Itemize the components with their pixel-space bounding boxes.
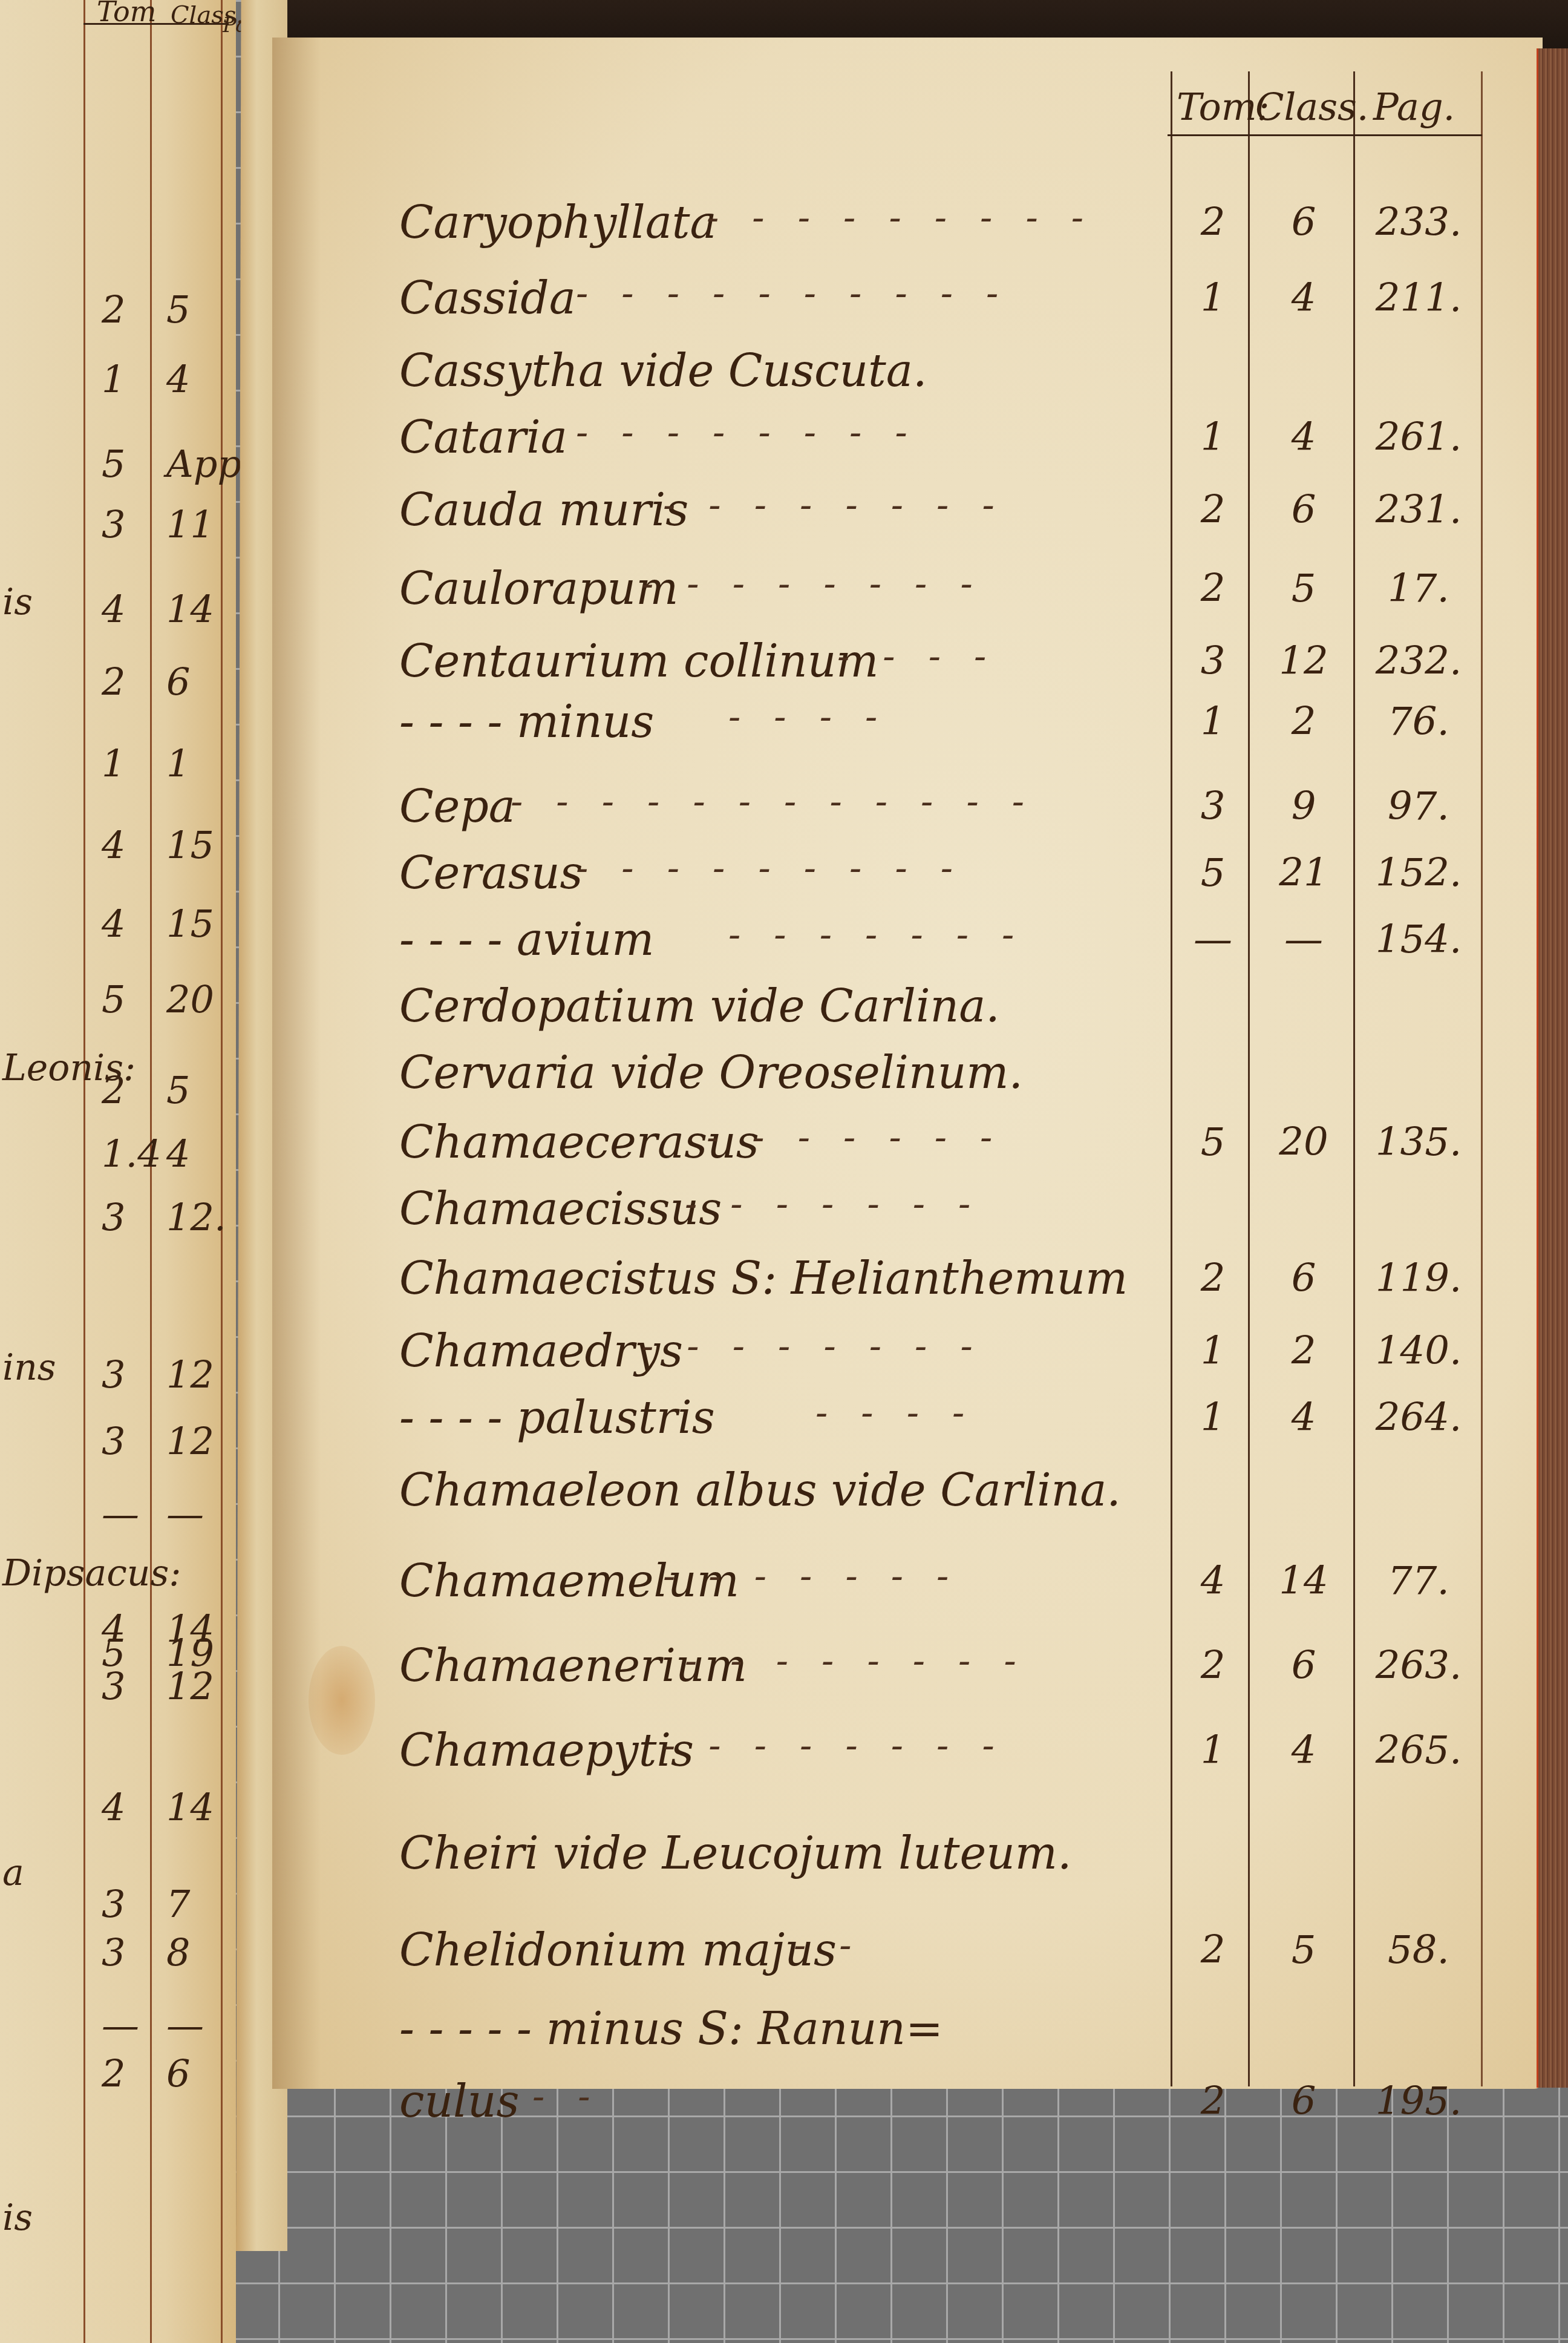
entry-name: Cassida bbox=[399, 272, 576, 324]
left-entry-fragment: is bbox=[2, 2197, 33, 2239]
entry-pag: 17. bbox=[1361, 566, 1476, 611]
leader-dashes: - - - - bbox=[837, 635, 997, 678]
left-entry-tom: 1 bbox=[102, 741, 125, 785]
entry-tom: — bbox=[1186, 917, 1240, 962]
left-entry-class: 15 bbox=[166, 823, 214, 867]
entry-name: Centaurium collinum bbox=[399, 635, 878, 687]
left-entry-tom: 2 bbox=[102, 287, 125, 332]
left-entry-class: 6 bbox=[166, 2051, 190, 2096]
foxing-stain bbox=[309, 1646, 375, 1755]
entry-pag: 76. bbox=[1361, 700, 1476, 744]
left-entry-tom: 3 bbox=[102, 1882, 125, 1926]
entry-tom: 3 bbox=[1186, 784, 1240, 829]
entry-class: 4 bbox=[1264, 1728, 1343, 1773]
left-entry-tom: 2 bbox=[102, 2051, 125, 2096]
left-entry-tom: 4 bbox=[102, 1785, 125, 1829]
entry-pag: 232. bbox=[1361, 639, 1476, 684]
leader-dashes: - - - - - - - bbox=[728, 914, 1025, 956]
entry-name: Chamaecissus bbox=[399, 1183, 722, 1235]
leader-dashes: - - - - - - - - - - - - bbox=[511, 781, 1035, 823]
leader-dashes: - - - - - - - - bbox=[641, 563, 984, 605]
entry-name: - - - - minus bbox=[399, 696, 654, 748]
left-column-rule-pag bbox=[221, 0, 223, 2343]
entry-pag: 233. bbox=[1361, 200, 1476, 245]
entry-name: Cervaria vide Oreoselinum. bbox=[399, 1047, 1023, 1099]
leader-dashes: - - - - - - - - - - bbox=[576, 272, 1009, 315]
entry-tom: 2 bbox=[1186, 1643, 1240, 1688]
entry-name: - - - - avium bbox=[399, 914, 655, 966]
entry-pag: 140. bbox=[1361, 1329, 1476, 1374]
left-entry-tom: — bbox=[102, 2003, 139, 2047]
entry-name: Chamaeleon albus vide Carlina. bbox=[399, 1464, 1121, 1516]
entry-class: 20 bbox=[1264, 1120, 1343, 1165]
entry-name: Cepa bbox=[399, 781, 515, 833]
left-entry-tom: 3 bbox=[102, 1352, 125, 1397]
left-entry-class: 8 bbox=[166, 1930, 190, 1974]
leader-dashes: - - - - - - - - bbox=[641, 1325, 984, 1368]
entry-class: 6 bbox=[1264, 1256, 1343, 1301]
entry-name: - - - - palustris bbox=[399, 1392, 715, 1444]
left-entry-tom: 1 bbox=[102, 357, 125, 401]
left-entry-fragment: Dipsacus: bbox=[2, 1552, 181, 1594]
entry-pag: 195. bbox=[1361, 2079, 1476, 2124]
entry-class: — bbox=[1264, 917, 1343, 962]
entry-pag: 265. bbox=[1361, 1728, 1476, 1773]
entry-pag: 231. bbox=[1361, 488, 1476, 532]
left-entry-class: 12 bbox=[166, 1352, 214, 1397]
left-entry-class: 5 bbox=[166, 1068, 190, 1112]
entry-tom: 2 bbox=[1186, 200, 1240, 245]
entry-name: Caryophyllata bbox=[399, 197, 717, 249]
entry-tom: 2 bbox=[1186, 566, 1240, 611]
gutter-shadow bbox=[272, 38, 321, 2089]
leader-dashes: - - - - - - - bbox=[685, 1183, 981, 1225]
entry-name: Chamaecistus S: Helianthemum bbox=[399, 1253, 1128, 1305]
entry-tom: 2 bbox=[1186, 2079, 1240, 2124]
left-entry-class: 4 bbox=[166, 1132, 190, 1176]
header-rule bbox=[1168, 134, 1482, 136]
left-entry-class: 4 bbox=[166, 357, 190, 401]
entry-name: Caulorapum bbox=[399, 563, 678, 615]
entry-tom: 5 bbox=[1186, 851, 1240, 896]
entry-pag: 152. bbox=[1361, 851, 1476, 896]
left-entry-class: 12 bbox=[166, 1664, 214, 1708]
entry-class: 4 bbox=[1264, 1395, 1343, 1440]
entry-tom: 1 bbox=[1186, 1395, 1240, 1440]
leader-dashes: - - - - - - - - bbox=[685, 1640, 1027, 1682]
entry-name: Cassytha vide Cuscuta. bbox=[399, 345, 927, 397]
entry-pag: 154. bbox=[1361, 917, 1476, 962]
entry-pag: 211. bbox=[1361, 276, 1476, 321]
column-rule-pag bbox=[1353, 71, 1355, 2086]
leader-dashes: - - bbox=[532, 2076, 601, 2118]
left-entry-tom: 5 bbox=[102, 442, 125, 486]
left-entry-class: — bbox=[166, 2003, 204, 2047]
entry-name: Cauda muris bbox=[399, 484, 688, 536]
left-entry-tom: — bbox=[102, 1492, 139, 1536]
entry-name: Cheiri vide Leucojum luteum. bbox=[399, 1827, 1072, 1879]
entry-class: 6 bbox=[1264, 2079, 1343, 2124]
leader-dashes: - - - - - - - bbox=[663, 1555, 959, 1597]
book-fore-edge bbox=[1537, 48, 1568, 2088]
column-rule-outer bbox=[1481, 71, 1483, 2086]
entry-tom: 2 bbox=[1186, 1928, 1240, 1973]
entry-pag: 77. bbox=[1361, 1559, 1476, 1604]
entry-class: 21 bbox=[1264, 851, 1343, 896]
entry-tom: 2 bbox=[1186, 488, 1240, 532]
entry-tom: 1 bbox=[1186, 1329, 1240, 1374]
header-class: Class. bbox=[1255, 85, 1369, 129]
left-entry-class: 15 bbox=[166, 902, 214, 946]
leader-dashes: - - bbox=[794, 1924, 863, 1967]
left-entry-class: 5 bbox=[166, 287, 190, 332]
left-entry-tom: 2 bbox=[102, 660, 125, 704]
left-entry-class: 6 bbox=[166, 660, 190, 704]
entry-class: 2 bbox=[1264, 1329, 1343, 1374]
entry-name: Chamaecerasus bbox=[399, 1116, 759, 1168]
left-entry-tom: 5 bbox=[102, 977, 125, 1021]
entry-pag: 97. bbox=[1361, 784, 1476, 829]
entry-pag: 58. bbox=[1361, 1928, 1476, 1973]
column-rule-class bbox=[1248, 71, 1250, 2086]
leader-dashes: - - - - - - - - bbox=[663, 484, 1005, 526]
left-entry-tom: 4 bbox=[102, 902, 125, 946]
left-entry-class: 14 bbox=[166, 587, 214, 631]
entry-tom: 4 bbox=[1186, 1559, 1240, 1604]
entry-class: 5 bbox=[1264, 1928, 1343, 1973]
left-entry-tom: 1.4 bbox=[102, 1132, 162, 1176]
left-entry-tom: 3 bbox=[102, 1930, 125, 1974]
column-rule-tom bbox=[1171, 71, 1172, 2086]
entry-class: 12 bbox=[1264, 639, 1343, 684]
leader-dashes: - - - - - - - - bbox=[663, 1725, 1005, 1767]
left-entry-tom: 4 bbox=[102, 823, 125, 867]
left-entry-tom: 3 bbox=[102, 1195, 125, 1239]
left-column-rule-tom bbox=[83, 0, 85, 2343]
entry-pag: 135. bbox=[1361, 1120, 1476, 1165]
left-entry-class: 12. bbox=[166, 1195, 226, 1239]
left-entry-tom: 3 bbox=[102, 1664, 125, 1708]
header-pag: Pag. bbox=[1373, 85, 1455, 129]
left-entry-tom: 3 bbox=[102, 1419, 125, 1463]
entry-tom: 5 bbox=[1186, 1120, 1240, 1165]
leader-dashes: - - - - - - - - - bbox=[707, 197, 1094, 239]
left-entry-tom: 4 bbox=[102, 587, 125, 631]
leader-dashes: - - - - - - - - bbox=[576, 411, 918, 454]
left-entry-class: 1 bbox=[166, 741, 190, 785]
entry-name: - - - - - minus S: Ranun= bbox=[399, 2003, 943, 2055]
left-entry-class: 20 bbox=[166, 977, 214, 1021]
leader-dashes: - - - - - - - bbox=[707, 1116, 1003, 1159]
entry-pag: 263. bbox=[1361, 1643, 1476, 1688]
entry-class: 9 bbox=[1264, 784, 1343, 829]
entry-pag: 119. bbox=[1361, 1256, 1476, 1301]
entry-tom: 1 bbox=[1186, 415, 1240, 460]
entry-class: 2 bbox=[1264, 700, 1343, 744]
entry-name: Chelidonium majus bbox=[399, 1924, 837, 1976]
left-entry-class: 7 bbox=[166, 1882, 190, 1926]
entry-pag: 264. bbox=[1361, 1395, 1476, 1440]
entry-tom: 1 bbox=[1186, 1728, 1240, 1773]
left-entry-tom: 3 bbox=[102, 502, 125, 546]
left-entry-class: 11 bbox=[166, 502, 214, 546]
entry-class: 6 bbox=[1264, 1643, 1343, 1688]
entry-name: Cerdopatium vide Carlina. bbox=[399, 980, 1000, 1032]
entry-class: 5 bbox=[1264, 566, 1343, 611]
entry-pag: 261. bbox=[1361, 415, 1476, 460]
left-entry-tom: 2 bbox=[102, 1068, 125, 1112]
entry-class: 6 bbox=[1264, 200, 1343, 245]
entry-class: 4 bbox=[1264, 415, 1343, 460]
left-page: Tom Class. Pag. isLeonis:insDipsacus:ais… bbox=[0, 0, 236, 2343]
entry-class: 6 bbox=[1264, 488, 1343, 532]
entry-tom: 2 bbox=[1186, 1256, 1240, 1301]
leader-dashes: - - - - bbox=[815, 1392, 975, 1434]
left-header-tom: Tom bbox=[97, 0, 156, 28]
leader-dashes: - - - - bbox=[728, 696, 888, 738]
left-entry-class: 14 bbox=[166, 1785, 214, 1829]
entry-name: culus bbox=[399, 2076, 519, 2128]
entry-name: Chamaepytis bbox=[399, 1725, 694, 1777]
left-entry-class: 12 bbox=[166, 1419, 214, 1463]
left-entry-fragment: ins bbox=[2, 1346, 56, 1389]
entry-name: Chamaedrys bbox=[399, 1325, 683, 1377]
entry-tom: 3 bbox=[1186, 639, 1240, 684]
entry-tom: 1 bbox=[1186, 700, 1240, 744]
entry-class: 14 bbox=[1264, 1559, 1343, 1604]
entry-tom: 1 bbox=[1186, 276, 1240, 321]
left-entry-class: — bbox=[166, 1492, 204, 1536]
left-entry-fragment: a bbox=[2, 1852, 24, 1894]
entry-class: 4 bbox=[1264, 276, 1343, 321]
entry-name: Cataria bbox=[399, 411, 567, 464]
leader-dashes: - - - - - - - - - bbox=[576, 847, 964, 890]
entry-name: Cerasus bbox=[399, 847, 583, 899]
left-entry-fragment: is bbox=[2, 581, 33, 623]
